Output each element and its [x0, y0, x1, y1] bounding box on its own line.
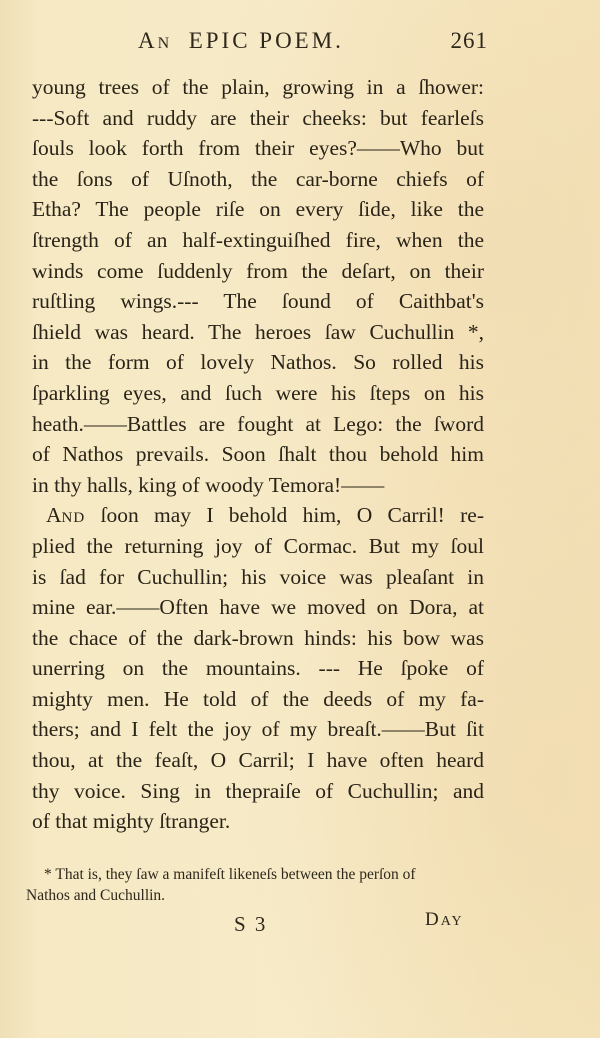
running-header: AN EPIC POEM. 261 — [138, 28, 488, 58]
text-line: young trees of the plain, growing in a ſ… — [32, 72, 484, 103]
text-line: ruſtling wings.--- The ſound of Caithbat… — [32, 286, 484, 317]
footnote: * That is, they ſaw a manifeſt likeneſs … — [26, 864, 478, 906]
text-line: heath.——Battles are fought at Lego: the … — [32, 409, 484, 440]
text-line: in the form of lovely Nathos. So rolled … — [32, 347, 484, 378]
text-line: thy voice. Sing in thepraiſe of Cuchulli… — [32, 776, 484, 807]
text-line: Etha? The people riſe on every ſide, lik… — [32, 194, 484, 225]
paragraph-opening-line: AND ſoon may I behold him, O Carril! re- — [32, 500, 484, 531]
text-line: plied the returning joy of Cormac. But m… — [32, 531, 484, 562]
text-line: mine ear.——Often have we moved on Dora, … — [32, 592, 484, 623]
text-line: unerring on the mountains. --- He ſpoke … — [32, 653, 484, 684]
text-line: in thy halls, king of woody Temora!—— — [32, 470, 484, 501]
paragraph-smallcaps: ND — [62, 510, 86, 526]
running-title-initial: A — [138, 28, 158, 53]
footnote-line: Nathos and Cuchullin. — [26, 885, 478, 906]
paragraph-initial: A — [46, 503, 62, 527]
text-line: of that mighty ſtranger. — [32, 806, 484, 837]
text-line: ---Soft and ruddy are their cheeks: but … — [32, 103, 484, 134]
paragraph-opening-text: ſoon may I behold him, O Carril! re- — [85, 503, 484, 527]
text-line: the ſons of Uſnoth, the car-borne chiefs… — [32, 164, 484, 195]
catchword: DAY — [425, 909, 464, 931]
text-line: ſouls look forth from their eyes?——Who b… — [32, 133, 484, 164]
text-line: of Nathos prevails. Soon ſhalt thou beho… — [32, 439, 484, 470]
text-line: winds come ſuddenly from the deſart, on … — [32, 256, 484, 287]
running-title-rest: EPIC POEM. — [189, 28, 344, 53]
text-line: ſparkling eyes, and ſuch were his ſteps … — [32, 378, 484, 409]
catchword-initial: D — [425, 909, 441, 930]
text-line: is ſad for Cuchullin; his voice was plea… — [32, 562, 484, 593]
text-line: ſtrength of an half-extinguiſhed fire, w… — [32, 225, 484, 256]
running-title-smallcaps: N — [158, 35, 172, 52]
page-number: 261 — [451, 28, 489, 54]
text-line: ſhield was heard. The heroes ſaw Cuchull… — [32, 317, 484, 348]
signature-mark: S 3 — [234, 912, 267, 937]
text-line: thers; and I felt the joy of my breaſt.—… — [32, 714, 484, 745]
footnote-line: * That is, they ſaw a manifeſt likeneſs … — [26, 864, 478, 885]
text-line: the chace of the dark-brown hinds: his b… — [32, 623, 484, 654]
running-title: AN EPIC POEM. — [138, 28, 344, 54]
catchword-smallcaps: AY — [441, 914, 464, 929]
text-line: mighty men. He told of the deeds of my f… — [32, 684, 484, 715]
book-page: AN EPIC POEM. 261 young trees of the pla… — [0, 0, 600, 1038]
text-line: thou, at the feaſt, O Carril; I have oft… — [32, 745, 484, 776]
body-text: young trees of the plain, growing in a ſ… — [32, 72, 484, 837]
